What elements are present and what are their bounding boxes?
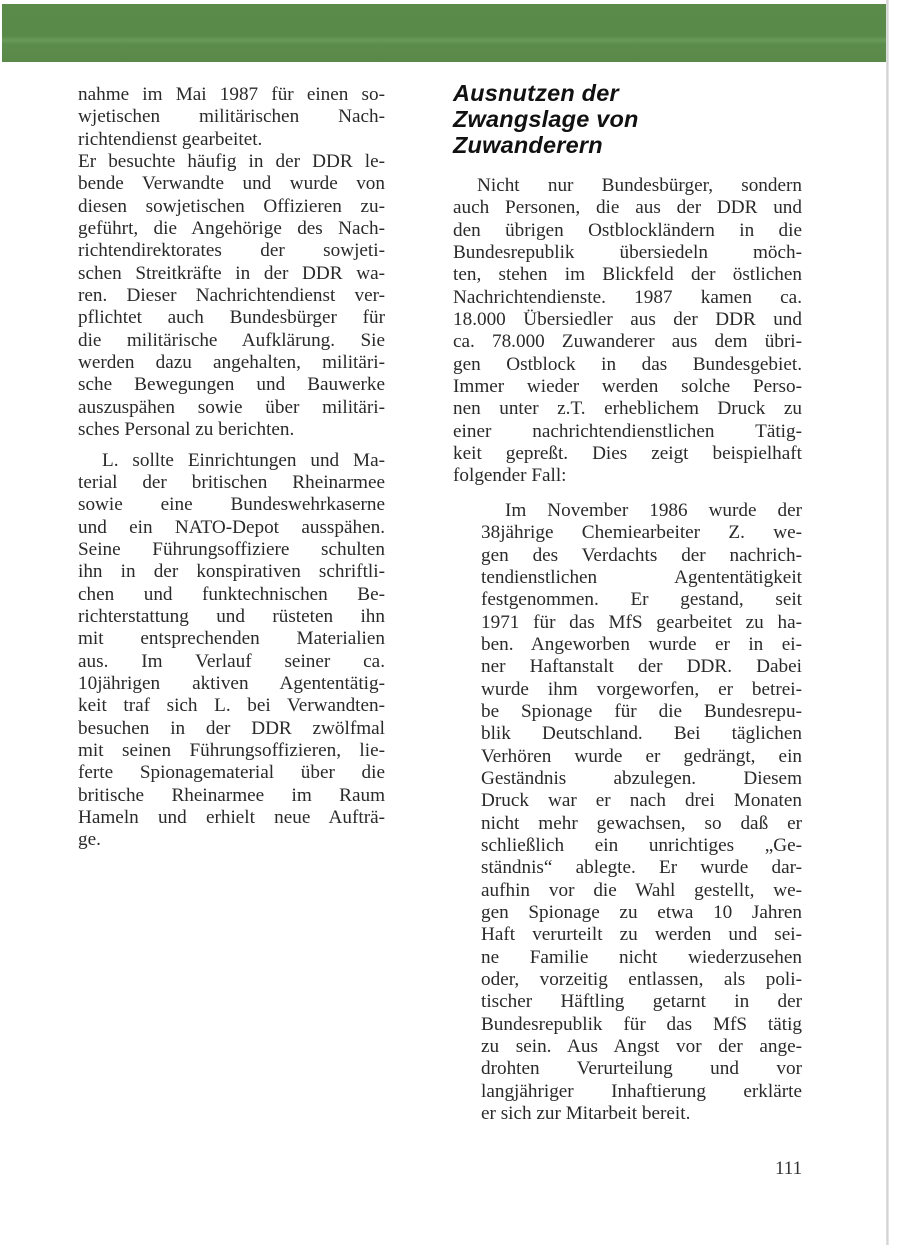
text-line: bende Verwandte und wurde von bbox=[78, 173, 385, 195]
text-line: 1971 für das MfS gearbeitet zu ha- bbox=[481, 612, 802, 634]
text-line: ren. Dieser Nachrichtendienst ver- bbox=[78, 285, 385, 307]
text-line: 10jährigen aktiven Agententätig- bbox=[78, 673, 385, 695]
text-line: nahme im Mai 1987 für einen so- bbox=[78, 84, 385, 106]
text-line: ge. bbox=[78, 829, 385, 851]
text-line: ben. Angeworben wurde er in ei- bbox=[481, 634, 802, 656]
paragraph-2: Er besuchte häufig in der DDR le- bende … bbox=[78, 151, 385, 441]
text-line: tischer Häftling getarnt in der bbox=[481, 991, 802, 1013]
heading-line: Zuwanderern bbox=[453, 132, 802, 158]
paragraph-gap bbox=[78, 442, 385, 450]
text-line: ständnis“ ablegte. Er wurde dar- bbox=[481, 857, 802, 879]
text-line: Bundesrepublik für das MfS tätig bbox=[481, 1014, 802, 1036]
text-line: gen Spionage zu etwa 10 Jahren bbox=[481, 902, 802, 924]
text-line: ner Haftanstalt der DDR. Dabei bbox=[481, 656, 802, 678]
text-line: sche Bewegungen und Bauwerke bbox=[78, 374, 385, 396]
text-line: diesen sowjetischen Offizieren zu- bbox=[78, 196, 385, 218]
text-line: ten, stehen im Blickfeld der östlichen bbox=[453, 264, 802, 286]
text-line: keit traf sich L. bei Verwandten- bbox=[78, 695, 385, 717]
text-line: 38jährige Chemiearbeiter Z. we- bbox=[481, 522, 802, 544]
text-line: aus. Im Verlauf seiner ca. bbox=[78, 651, 385, 673]
text-line: ferte Spionagematerial über die bbox=[78, 762, 385, 784]
paragraph-1: nahme im Mai 1987 für einen so- wjetisch… bbox=[78, 84, 385, 151]
text-line: schließlich ein unrichtiges „Ge- bbox=[481, 835, 802, 857]
section-heading: Ausnutzen der Zwangslage von Zuwanderern bbox=[453, 80, 802, 158]
text-line: langjähriger Inhaftierung erklärte bbox=[481, 1081, 802, 1103]
text-line: gen Ostblock in das Bundesgebiet. bbox=[453, 354, 802, 376]
right-column: Ausnutzen der Zwangslage von Zuwanderern… bbox=[453, 80, 802, 1125]
text-line: Seine Führungsoffiziere schulten bbox=[78, 539, 385, 561]
text-line: folgender Fall: bbox=[453, 465, 802, 487]
intro-paragraph: Nicht nur Bundesbürger, sondern auch Per… bbox=[453, 175, 802, 488]
text-line: einer nachrichtendienstlichen Tätig- bbox=[453, 421, 802, 443]
text-line: tendienstlichen Agententätigkeit bbox=[481, 567, 802, 589]
text-line: nen unter z.T. erheblichem Druck zu bbox=[453, 398, 802, 420]
text-line: richtendirektorates der sowjeti- bbox=[78, 240, 385, 262]
text-line: oder, vorzeitig entlassen, als poli- bbox=[481, 969, 802, 991]
text-line: Verhören wurde er gedrängt, ein bbox=[481, 746, 802, 768]
text-line: die militärische Aufklärung. Sie bbox=[78, 330, 385, 352]
text-line: terial der britischen Rheinarmee bbox=[78, 472, 385, 494]
text-line: besuchen in der DDR zwölfmal bbox=[78, 718, 385, 740]
text-line: gen des Verdachts der nachrich- bbox=[481, 545, 802, 567]
text-line: Nachrichtendienste. 1987 kamen ca. bbox=[453, 287, 802, 309]
text-line: auszuspähen sowie über militäri- bbox=[78, 397, 385, 419]
text-line: britische Rheinarmee im Raum bbox=[78, 785, 385, 807]
text-line: ca. 78.000 Zuwanderer aus dem übri- bbox=[453, 331, 802, 353]
text-line: richterstattung und rüsteten ihn bbox=[78, 606, 385, 628]
text-line: sowie eine Bundeswehrkaserne bbox=[78, 494, 385, 516]
text-line: Nicht nur Bundesbürger, sondern bbox=[453, 175, 802, 197]
text-line: Hameln und erhielt neue Aufträ- bbox=[78, 807, 385, 829]
text-line: und ein NATO-Depot ausspähen. bbox=[78, 517, 385, 539]
text-line: schen Streitkräfte in der DDR wa- bbox=[78, 263, 385, 285]
text-line: be Spionage für die Bundesrepu- bbox=[481, 701, 802, 723]
text-line: den übrigen Ostblockländern in die bbox=[453, 220, 802, 242]
text-line: wjetischen militärischen Nach- bbox=[78, 106, 385, 128]
text-line: wurde ihm vorgeworfen, er betrei- bbox=[481, 679, 802, 701]
text-line: mit seinen Führungsoffizieren, lie- bbox=[78, 740, 385, 762]
text-line: pflichtet auch Bundesbürger für bbox=[78, 307, 385, 329]
text-line: richtendienst gearbeitet. bbox=[78, 129, 385, 151]
text-line: werden dazu angehalten, militäri- bbox=[78, 352, 385, 374]
text-line: zu sein. Aus Angst vor der ange- bbox=[481, 1036, 802, 1058]
text-line: Bundesrepublik übersiedeln möch- bbox=[453, 242, 802, 264]
text-line: Geständnis abzulegen. Diesem bbox=[481, 768, 802, 790]
page-edge-line bbox=[886, 0, 889, 1245]
text-line: nicht mehr gewachsen, so daß er bbox=[481, 813, 802, 835]
text-line: auch Personen, die aus der DDR und bbox=[453, 197, 802, 219]
text-line: festgenommen. Er gestand, seit bbox=[481, 589, 802, 611]
text-line: Haft verurteilt zu werden und sei- bbox=[481, 924, 802, 946]
left-column: nahme im Mai 1987 für einen so- wjetisch… bbox=[78, 84, 385, 852]
text-line: keit gepreßt. Dies zeigt beispielhaft bbox=[453, 443, 802, 465]
text-line: geführt, die Angehörige des Nach- bbox=[78, 218, 385, 240]
text-line: Er besuchte häufig in der DDR le- bbox=[78, 151, 385, 173]
text-line: er sich zur Mitarbeit bereit. bbox=[481, 1103, 802, 1125]
page-number: 111 bbox=[775, 1158, 802, 1180]
text-line: 18.000 Übersiedler aus der DDR und bbox=[453, 309, 802, 331]
case-example-block: Im November 1986 wurde der 38jährige Che… bbox=[481, 500, 802, 1126]
paragraph-3: L. sollte Einrichtungen und Ma- terial d… bbox=[78, 450, 385, 852]
text-line: ne Familie nicht wiederzusehen bbox=[481, 947, 802, 969]
text-line: aufhin vor die Wahl gestellt, we- bbox=[481, 880, 802, 902]
text-line: ihn in der konspirativen schriftli- bbox=[78, 561, 385, 583]
text-line: chen und funktechnischen Be- bbox=[78, 584, 385, 606]
text-line: blik Deutschland. Bei täglichen bbox=[481, 723, 802, 745]
heading-line: Zwangslage von bbox=[453, 106, 802, 132]
text-line: sches Personal zu berichten. bbox=[78, 419, 385, 441]
text-line: Druck war er nach drei Monaten bbox=[481, 790, 802, 812]
heading-line: Ausnutzen der bbox=[453, 80, 802, 106]
text-line: L. sollte Einrichtungen und Ma- bbox=[78, 450, 385, 472]
text-line: drohten Verurteilung und vor bbox=[481, 1058, 802, 1080]
text-line: Im November 1986 wurde der bbox=[481, 500, 802, 522]
header-color-band bbox=[2, 4, 886, 62]
text-line: mit entsprechenden Materialien bbox=[78, 628, 385, 650]
text-line: Immer wieder werden solche Perso- bbox=[453, 376, 802, 398]
